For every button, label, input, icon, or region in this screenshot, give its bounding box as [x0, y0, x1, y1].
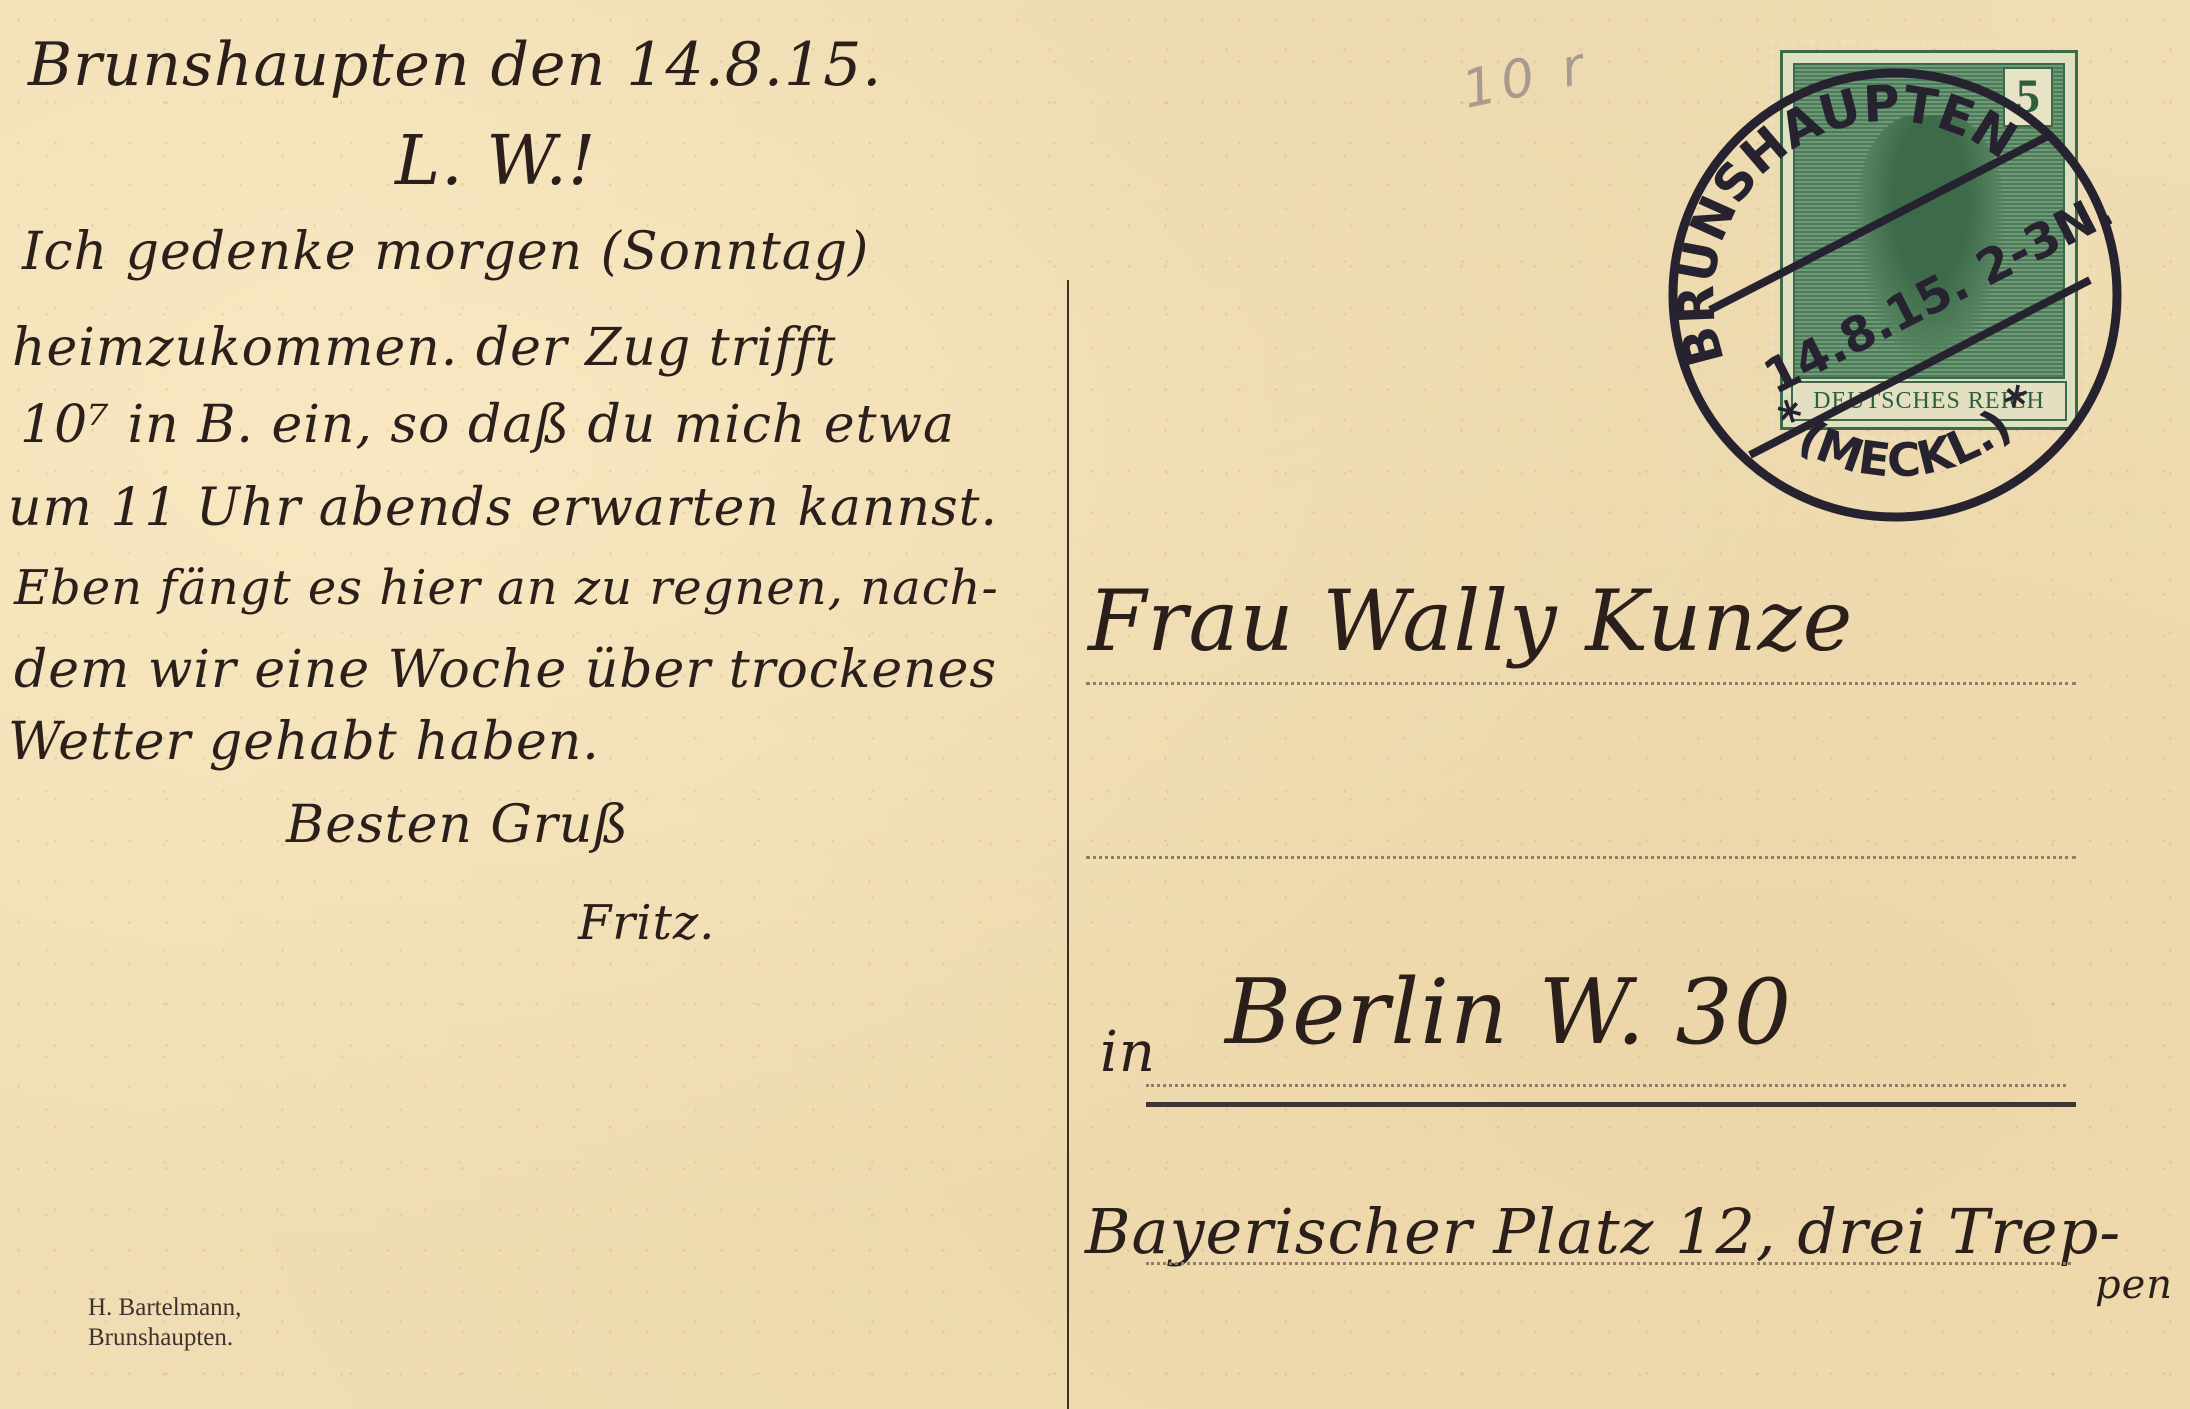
message-body-line: dem wir eine Woche über trockenes [14, 640, 997, 700]
postage-stamp: 5 DEUTSCHES REICH [1780, 50, 2078, 430]
address-city: Berlin W. 30 [1225, 960, 1792, 1065]
stamp-value: 5 [2003, 67, 2053, 127]
message-body-line: Ich gedenke morgen (Sonntag) [22, 222, 869, 282]
printer-imprint-town: Brunshaupten. [88, 1323, 241, 1353]
message-closing: Besten Gruß [286, 795, 629, 855]
address-line-1 [1086, 682, 2076, 685]
vertical-divider [1067, 280, 1069, 1409]
address-city-prefix: in [1100, 1020, 1156, 1085]
germania-figure-icon [1855, 115, 2005, 365]
address-city-underline [1146, 1102, 2076, 1107]
address-line-3 [1146, 1084, 2066, 1087]
postcard: Brunshaupten den 14.8.15. L. W.! Ich ged… [0, 0, 2190, 1409]
printer-imprint-name: H. Bartelmann, [88, 1293, 241, 1323]
address-line-4 [1146, 1262, 2071, 1265]
message-body-line: Wetter gehabt haben. [8, 712, 600, 772]
message-dateline: Brunshaupten den 14.8.15. [28, 30, 882, 100]
message-signature: Fritz. [578, 895, 715, 951]
address-street-continuation: pen [2095, 1262, 2173, 1308]
address-recipient: Frau Wally Kunze [1088, 572, 1853, 670]
pencil-price-note: 10 r [1457, 35, 1595, 120]
address-line-2 [1086, 856, 2076, 859]
address-street: Bayerischer Platz 12, drei Trep- [1085, 1195, 2121, 1268]
message-body-line: Eben fängt es hier an zu regnen, nach- [14, 560, 999, 616]
message-body-line: heimzukommen. der Zug trifft [12, 318, 837, 378]
printer-imprint: H. Bartelmann, Brunshaupten. [88, 1293, 241, 1353]
message-salutation: L. W.! [395, 122, 596, 201]
message-body-line: um 11 Uhr abends erwarten kannst. [8, 478, 998, 538]
stamp-country: DEUTSCHES REICH [1791, 381, 2067, 421]
message-body-line: 10⁷ in B. ein, so daß du mich etwa [20, 395, 955, 455]
